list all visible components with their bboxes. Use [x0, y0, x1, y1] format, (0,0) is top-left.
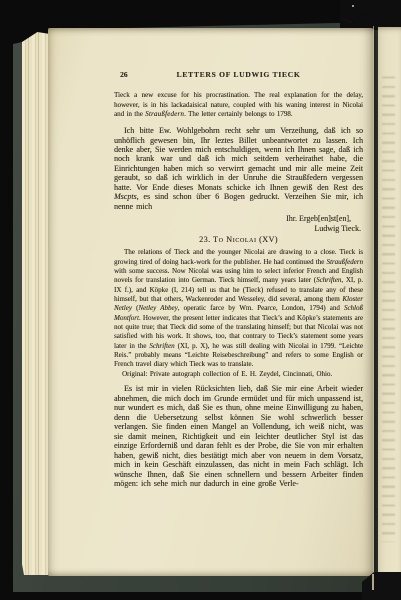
running-title: LETTERS OF LUDWIG TIECK	[114, 70, 363, 79]
background-shadow-top-right	[340, 0, 401, 30]
page-edges-stack	[22, 32, 50, 575]
section-number: 23.	[199, 235, 213, 244]
letter-xv-body: Es ist mir in vielen Rücksichten lieb, d…	[114, 384, 363, 489]
letter-xiv-closing: Ihr. Ergeb[en]st[en],	[114, 214, 363, 224]
book-page: 26 LETTERS OF LUDWIG TIECK Tieck a new e…	[48, 28, 374, 576]
page-content: 26 LETTERS OF LUDWIG TIECK Tieck a new e…	[114, 70, 363, 489]
dust-speck	[352, 5, 354, 7]
section-numeral: (XV)	[257, 235, 278, 244]
page-edge-highlight	[372, 574, 374, 590]
facing-page-edge	[378, 27, 401, 578]
facing-page-ghost-text	[382, 72, 395, 542]
running-head: 26 LETTERS OF LUDWIG TIECK	[114, 70, 363, 80]
section-heading-letter-23: 23. To Nicolai (XV)	[114, 235, 363, 245]
editor-note-letter-xiv: Tieck a new excuse for his procrastinati…	[114, 91, 363, 120]
letter-xiv-signature: Ludwig Tieck.	[114, 224, 363, 234]
section-addressee: To Nicolai	[213, 235, 257, 244]
editor-note-letter-xv: The relations of Tieck and the younger N…	[114, 248, 363, 369]
source-attribution: Original: Private autograph collection o…	[114, 370, 363, 379]
letter-xiv-body: Ich bitte Ew. Wohlgebohrn recht sehr um …	[114, 126, 363, 211]
